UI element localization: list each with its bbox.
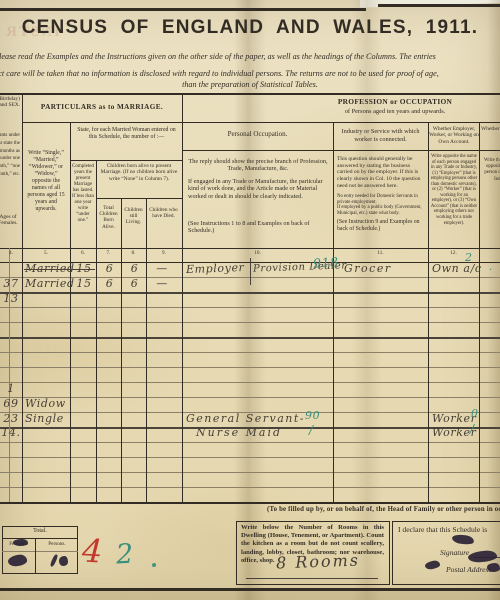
schedule-row-10: 69 Widow: [0, 397, 500, 413]
ink-blot: [59, 556, 68, 566]
clerk-code-mark: 918: [313, 254, 340, 271]
marital-status-entry: Single: [25, 412, 64, 425]
row-line: [0, 367, 500, 368]
postal-address-label: Postal Address: [446, 565, 491, 574]
column-line: [333, 122, 334, 502]
children-died-header: Children who have Died.: [147, 207, 180, 219]
clerk-red-mark: 4: [81, 531, 103, 570]
clerk-code-mark: /: [470, 422, 475, 436]
personal-occupation-note-1: The reply should show the precise branch…: [188, 158, 328, 173]
industry-note-3: If employed by a public body (Government…: [337, 205, 425, 217]
years-married-entry: 15: [72, 277, 96, 290]
rooms-value: 8 Rooms: [276, 551, 361, 573]
at-home-note: Write the words “At Home” opposite the n…: [482, 158, 500, 183]
fill-up-note: (To be filled up by, or on behalf of, th…: [267, 506, 500, 514]
schedule-row-9: 1: [0, 382, 500, 398]
bottom-rule: [0, 588, 500, 591]
clerk-code-mark: 0: [471, 407, 479, 420]
column-number-6: 6.: [70, 250, 96, 256]
marriage-section-title: PARTICULARS as to MARRIAGE.: [22, 103, 182, 112]
age-column-header: (last Birthday) and SEX.: [0, 96, 20, 109]
personal-occupation-note-3: (See Instructions 1 to 8 and Examples on…: [188, 220, 328, 235]
personal-occupation-note-2: If engaged in any Trade or Manufacture, …: [188, 178, 328, 200]
column-number-4: 4.: [0, 250, 22, 256]
totals-persons-header: Persons.: [36, 541, 78, 547]
occupation-entry: General Servant-: [186, 412, 305, 425]
column-number-9: 9.: [146, 250, 182, 256]
ink-blot: [13, 539, 28, 546]
children-living-entry: 6: [123, 262, 146, 275]
children-group-header: Children born alive to present Marriage.…: [97, 163, 181, 182]
marital-status-entry: Widow: [25, 397, 66, 410]
clerk-code-mark: 90: [305, 409, 320, 422]
occupation-entry: Employer: [186, 261, 245, 276]
column-number-5: 5.: [22, 250, 70, 256]
marital-status-header: Write “Single,” “Married,” “Widower,” or…: [24, 150, 68, 213]
header-instruction-line-1: please read the Examples and the Instruc…: [0, 52, 436, 62]
industry-note-4: (See Instruction 9 and Examples on back …: [337, 219, 425, 233]
industry-header: Industry or Service with which worker is…: [334, 128, 427, 143]
children-born-entry: 6: [98, 277, 121, 290]
row-line: [0, 337, 500, 339]
employment-status-note: Write opposite the name of each person e…: [430, 154, 478, 226]
children-died-entry: —: [149, 262, 175, 275]
clerk-teal-mark: 2: [115, 539, 134, 571]
teal-dot: [152, 563, 156, 567]
clerk-code-mark: /: [309, 423, 314, 437]
schedule-row-12: 14. Nurse Maid / Worker /: [0, 426, 500, 442]
at-home-header: Whether Working at Home.: [481, 126, 500, 132]
grid-line: [182, 150, 500, 151]
age-entry: 37: [0, 277, 22, 290]
column-number-7: 7.: [96, 250, 121, 256]
header-instruction-line-3: than the preparation of Statistical Tabl…: [0, 80, 500, 90]
schedule-row-2: 37 Married 15 6 6 —: [0, 277, 500, 293]
grid-line: [70, 160, 182, 161]
form-title: CENSUS OF ENGLAND AND WALES, 1911.: [0, 17, 500, 40]
signature-label: Signature: [440, 548, 469, 557]
top-rule: [0, 8, 366, 11]
age-column-note: For Infants under one year state the age…: [0, 132, 20, 179]
children-living-header: Children still Living.: [122, 207, 145, 226]
age-header-line2: and SEX.: [0, 102, 20, 108]
row-line: [0, 442, 500, 443]
strikethrough-ink-line: [24, 269, 95, 270]
clerk-dot-mark: .: [489, 262, 493, 273]
employment-status-header: Whether Employer, Worker, or Working on …: [429, 126, 479, 145]
column-line: [121, 198, 122, 502]
column-line: [479, 122, 480, 502]
column-number-11: 11.: [333, 250, 428, 256]
row-line: [0, 352, 500, 353]
occupation-entry: Nurse Maid: [196, 426, 282, 439]
industry-entry: Grocer: [344, 262, 392, 275]
children-living-entry: 6: [123, 277, 146, 290]
column-number-8: 8.: [121, 250, 146, 256]
years-married-header: Completed years the present Marriage has…: [71, 164, 95, 224]
row-line: [0, 457, 500, 458]
grid-line: [0, 248, 500, 249]
grid-line: [96, 198, 182, 199]
census-form-page: INSTR CENSUS OF ENGLAND AND WALES, 1911.…: [0, 0, 500, 600]
paper-edge-shade: [0, 591, 500, 600]
age-column-label: Ages of Females.: [0, 214, 23, 227]
clerk-code-mark: 2: [465, 251, 473, 264]
children-born-entry: 6: [98, 262, 121, 275]
row-line: [0, 472, 500, 473]
age-entry: 69: [0, 397, 22, 410]
ink-blot: [487, 563, 500, 572]
grid-line: [0, 93, 500, 95]
occupation-section-title: PROFESSION or OCCUPATION: [255, 98, 500, 107]
age-entry: 1: [0, 382, 22, 395]
column-number-10: 10.: [182, 250, 333, 256]
married-woman-header: State, for each Married Woman entered on…: [73, 127, 180, 141]
personal-occupation-header: Personal Occupation.: [182, 130, 333, 138]
age-entry: 23: [0, 412, 22, 425]
children-died-entry: —: [149, 277, 175, 290]
rooms-underline: [246, 578, 378, 579]
row-line: [0, 487, 500, 488]
top-rule: [378, 4, 500, 7]
occupation-section-subtitle: of Persons aged ten years and upwards.: [255, 108, 500, 116]
age-entry: 14.: [0, 426, 22, 439]
header-instruction-line-2: ict care will be taken that no informati…: [0, 69, 439, 79]
row-line: [0, 322, 500, 323]
children-born-header: Total Children Born Alive.: [97, 205, 120, 230]
grid-line: [0, 502, 500, 504]
employment-status-entry: Own a/c: [432, 262, 482, 275]
grid-line: [2, 551, 78, 552]
column-line: [146, 198, 147, 502]
totals-title: Total.: [2, 528, 78, 535]
declaration-text: I declare that this Schedule is: [398, 525, 487, 534]
marital-status-entry: Married: [25, 277, 75, 290]
industry-note-1: This question should generally be answer…: [337, 156, 425, 190]
column-line: [428, 122, 429, 502]
industry-note-2: No entry needed for Domestic Servants in…: [337, 194, 425, 206]
age-entry: 13: [0, 292, 22, 305]
grid-line: [2, 538, 78, 539]
schedule-row-3: 13: [0, 292, 500, 308]
